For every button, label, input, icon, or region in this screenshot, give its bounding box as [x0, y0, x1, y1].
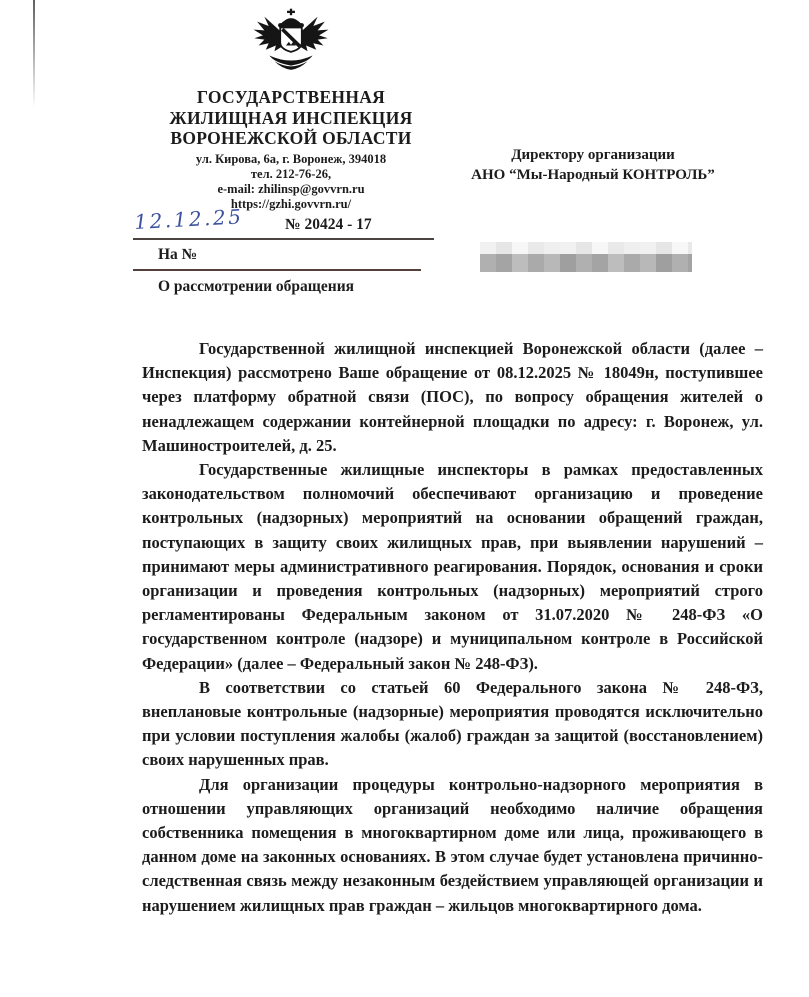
handwritten-date: 12.12.25 [134, 204, 244, 234]
letter-body: Государственной жилищной инспекцией Воро… [142, 337, 763, 918]
subject-line: О рассмотрении обращения [158, 278, 354, 296]
body-paragraph: В соответствии со статьей 60 Федеральног… [142, 676, 763, 773]
redacted-text-block [480, 242, 692, 272]
recipient-title: Директору организации [426, 145, 760, 165]
org-phone: тел. 212-76-26, [140, 167, 442, 182]
org-email: e-mail: zhilinsp@govvrn.ru [140, 182, 442, 197]
letterhead: ГОСУДАРСТВЕННАЯ ЖИЛИЩНАЯ ИНСПЕКЦИЯ ВОРОН… [140, 8, 442, 213]
org-address: ул. Кирова, 6а, г. Воронеж, 394018 [140, 152, 442, 167]
reply-to-number-line [133, 269, 421, 271]
body-paragraph: Государственной жилищной инспекцией Воро… [142, 337, 763, 458]
body-paragraph: Для организации процедуры контрольно-над… [142, 773, 763, 918]
reply-to-number-label: На № [158, 246, 197, 264]
scan-artifact-line [33, 0, 35, 108]
recipient-block: Директору организации АНО “Мы-Народный К… [426, 145, 760, 185]
reference-number-row: 12.12.25 № 20424 - 17 [133, 212, 434, 240]
org-name: ГОСУДАРСТВЕННАЯ ЖИЛИЩНАЯ ИНСПЕКЦИЯ ВОРОН… [140, 87, 442, 149]
redacted-pixel-row [480, 254, 692, 272]
coat-of-arms-icon [243, 8, 339, 80]
org-name-line: ЖИЛИЩНАЯ ИНСПЕКЦИЯ [140, 108, 442, 129]
org-name-line: ГОСУДАРСТВЕННАЯ [140, 87, 442, 108]
org-name-line: ВОРОНЕЖСКОЙ ОБЛАСТИ [140, 128, 442, 149]
outgoing-number: № 20424 - 17 [285, 216, 372, 234]
body-paragraph: Государственные жилищные инспекторы в ра… [142, 458, 763, 676]
redacted-pixel-row [480, 242, 692, 254]
recipient-org: АНО “Мы-Народный КОНТРОЛЬ” [426, 165, 760, 185]
org-contact-info: ул. Кирова, 6а, г. Воронеж, 394018 тел. … [140, 152, 442, 213]
scanned-letter-page: ГОСУДАРСТВЕННАЯ ЖИЛИЩНАЯ ИНСПЕКЦИЯ ВОРОН… [0, 0, 809, 997]
